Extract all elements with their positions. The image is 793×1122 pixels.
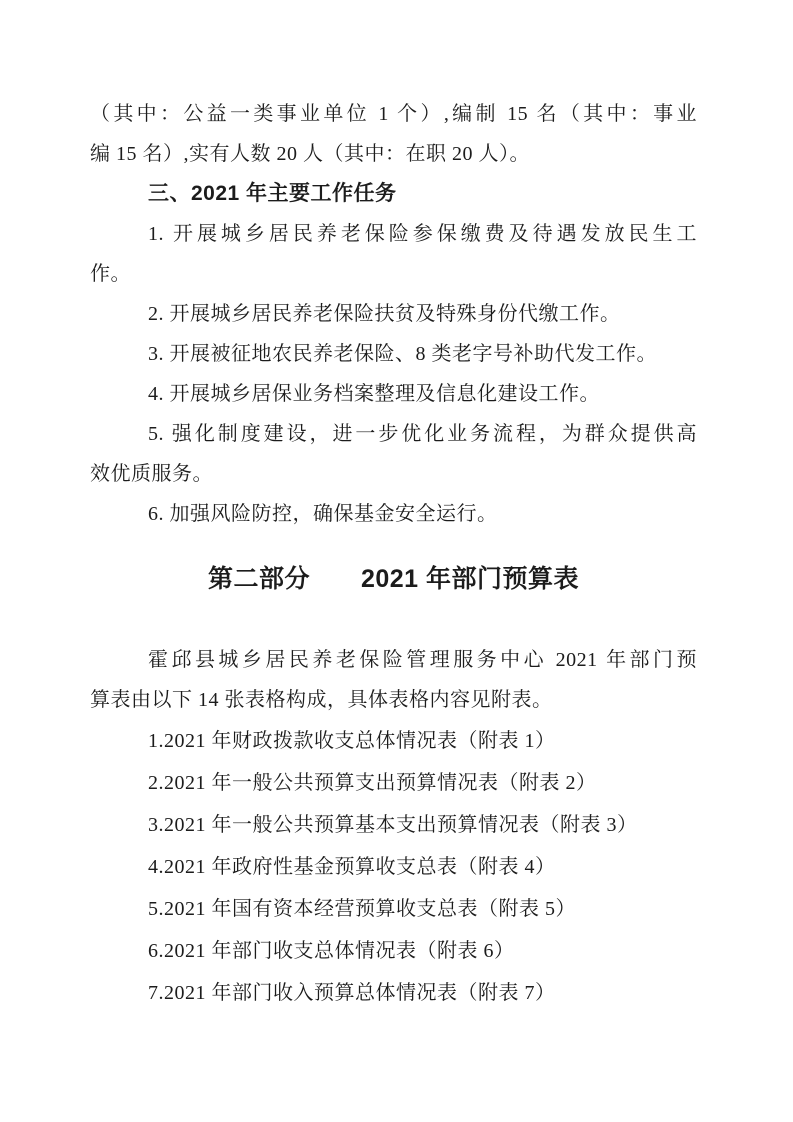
part2-title: 第二部分 2021 年部门预算表 (90, 556, 697, 602)
task-item-6: 6. 加强风险防控，确保基金安全运行。 (90, 494, 697, 534)
continuation-paragraph-line-1: （其中：公益一类事业单位 1 个）,编制 15 名（其中：事业 (90, 94, 697, 134)
table-list-item-5: 5.2021 年国有资本经营预算收支总表（附表 5） (90, 888, 697, 930)
part2-intro-line-2: 算表由以下 14 张表格构成，具体表格内容见附表。 (90, 680, 697, 720)
task-item-1-line-2: 作。 (90, 254, 697, 294)
task-item-2: 2. 开展城乡居民养老保险扶贫及特殊身份代缴工作。 (90, 294, 697, 334)
table-list-item-2: 2.2021 年一般公共预算支出预算情况表（附表 2） (90, 762, 697, 804)
task-item-4: 4. 开展城乡居保业务档案整理及信息化建设工作。 (90, 374, 697, 414)
table-list-item-7: 7.2021 年部门收入预算总体情况表（附表 7） (90, 972, 697, 1014)
table-list-item-4: 4.2021 年政府性基金预算收支总表（附表 4） (90, 846, 697, 888)
table-list-item-3: 3.2021 年一般公共预算基本支出预算情况表（附表 3） (90, 804, 697, 846)
task-item-5-line-2: 效优质服务。 (90, 454, 697, 494)
table-list-item-6: 6.2021 年部门收支总体情况表（附表 6） (90, 930, 697, 972)
task-item-5-line-1: 5. 强化制度建设，进一步优化业务流程，为群众提供高 (90, 414, 697, 454)
document-page: （其中：公益一类事业单位 1 个）,编制 15 名（其中：事业 编 15 名）,… (0, 0, 793, 1122)
continuation-paragraph-line-2: 编 15 名）,实有人数 20 人（其中：在职 20 人）。 (90, 134, 697, 174)
task-item-1-line-1: 1. 开展城乡居民养老保险参保缴费及待遇发放民生工 (90, 214, 697, 254)
table-list-item-1: 1.2021 年财政拨款收支总体情况表（附表 1） (90, 720, 697, 762)
task-item-3: 3. 开展被征地农民养老保险、8 类老字号补助代发工作。 (90, 334, 697, 374)
part2-intro-line-1: 霍邱县城乡居民养老保险管理服务中心 2021 年部门预 (90, 640, 697, 680)
section-heading-tasks: 三、2021 年主要工作任务 (90, 174, 697, 214)
